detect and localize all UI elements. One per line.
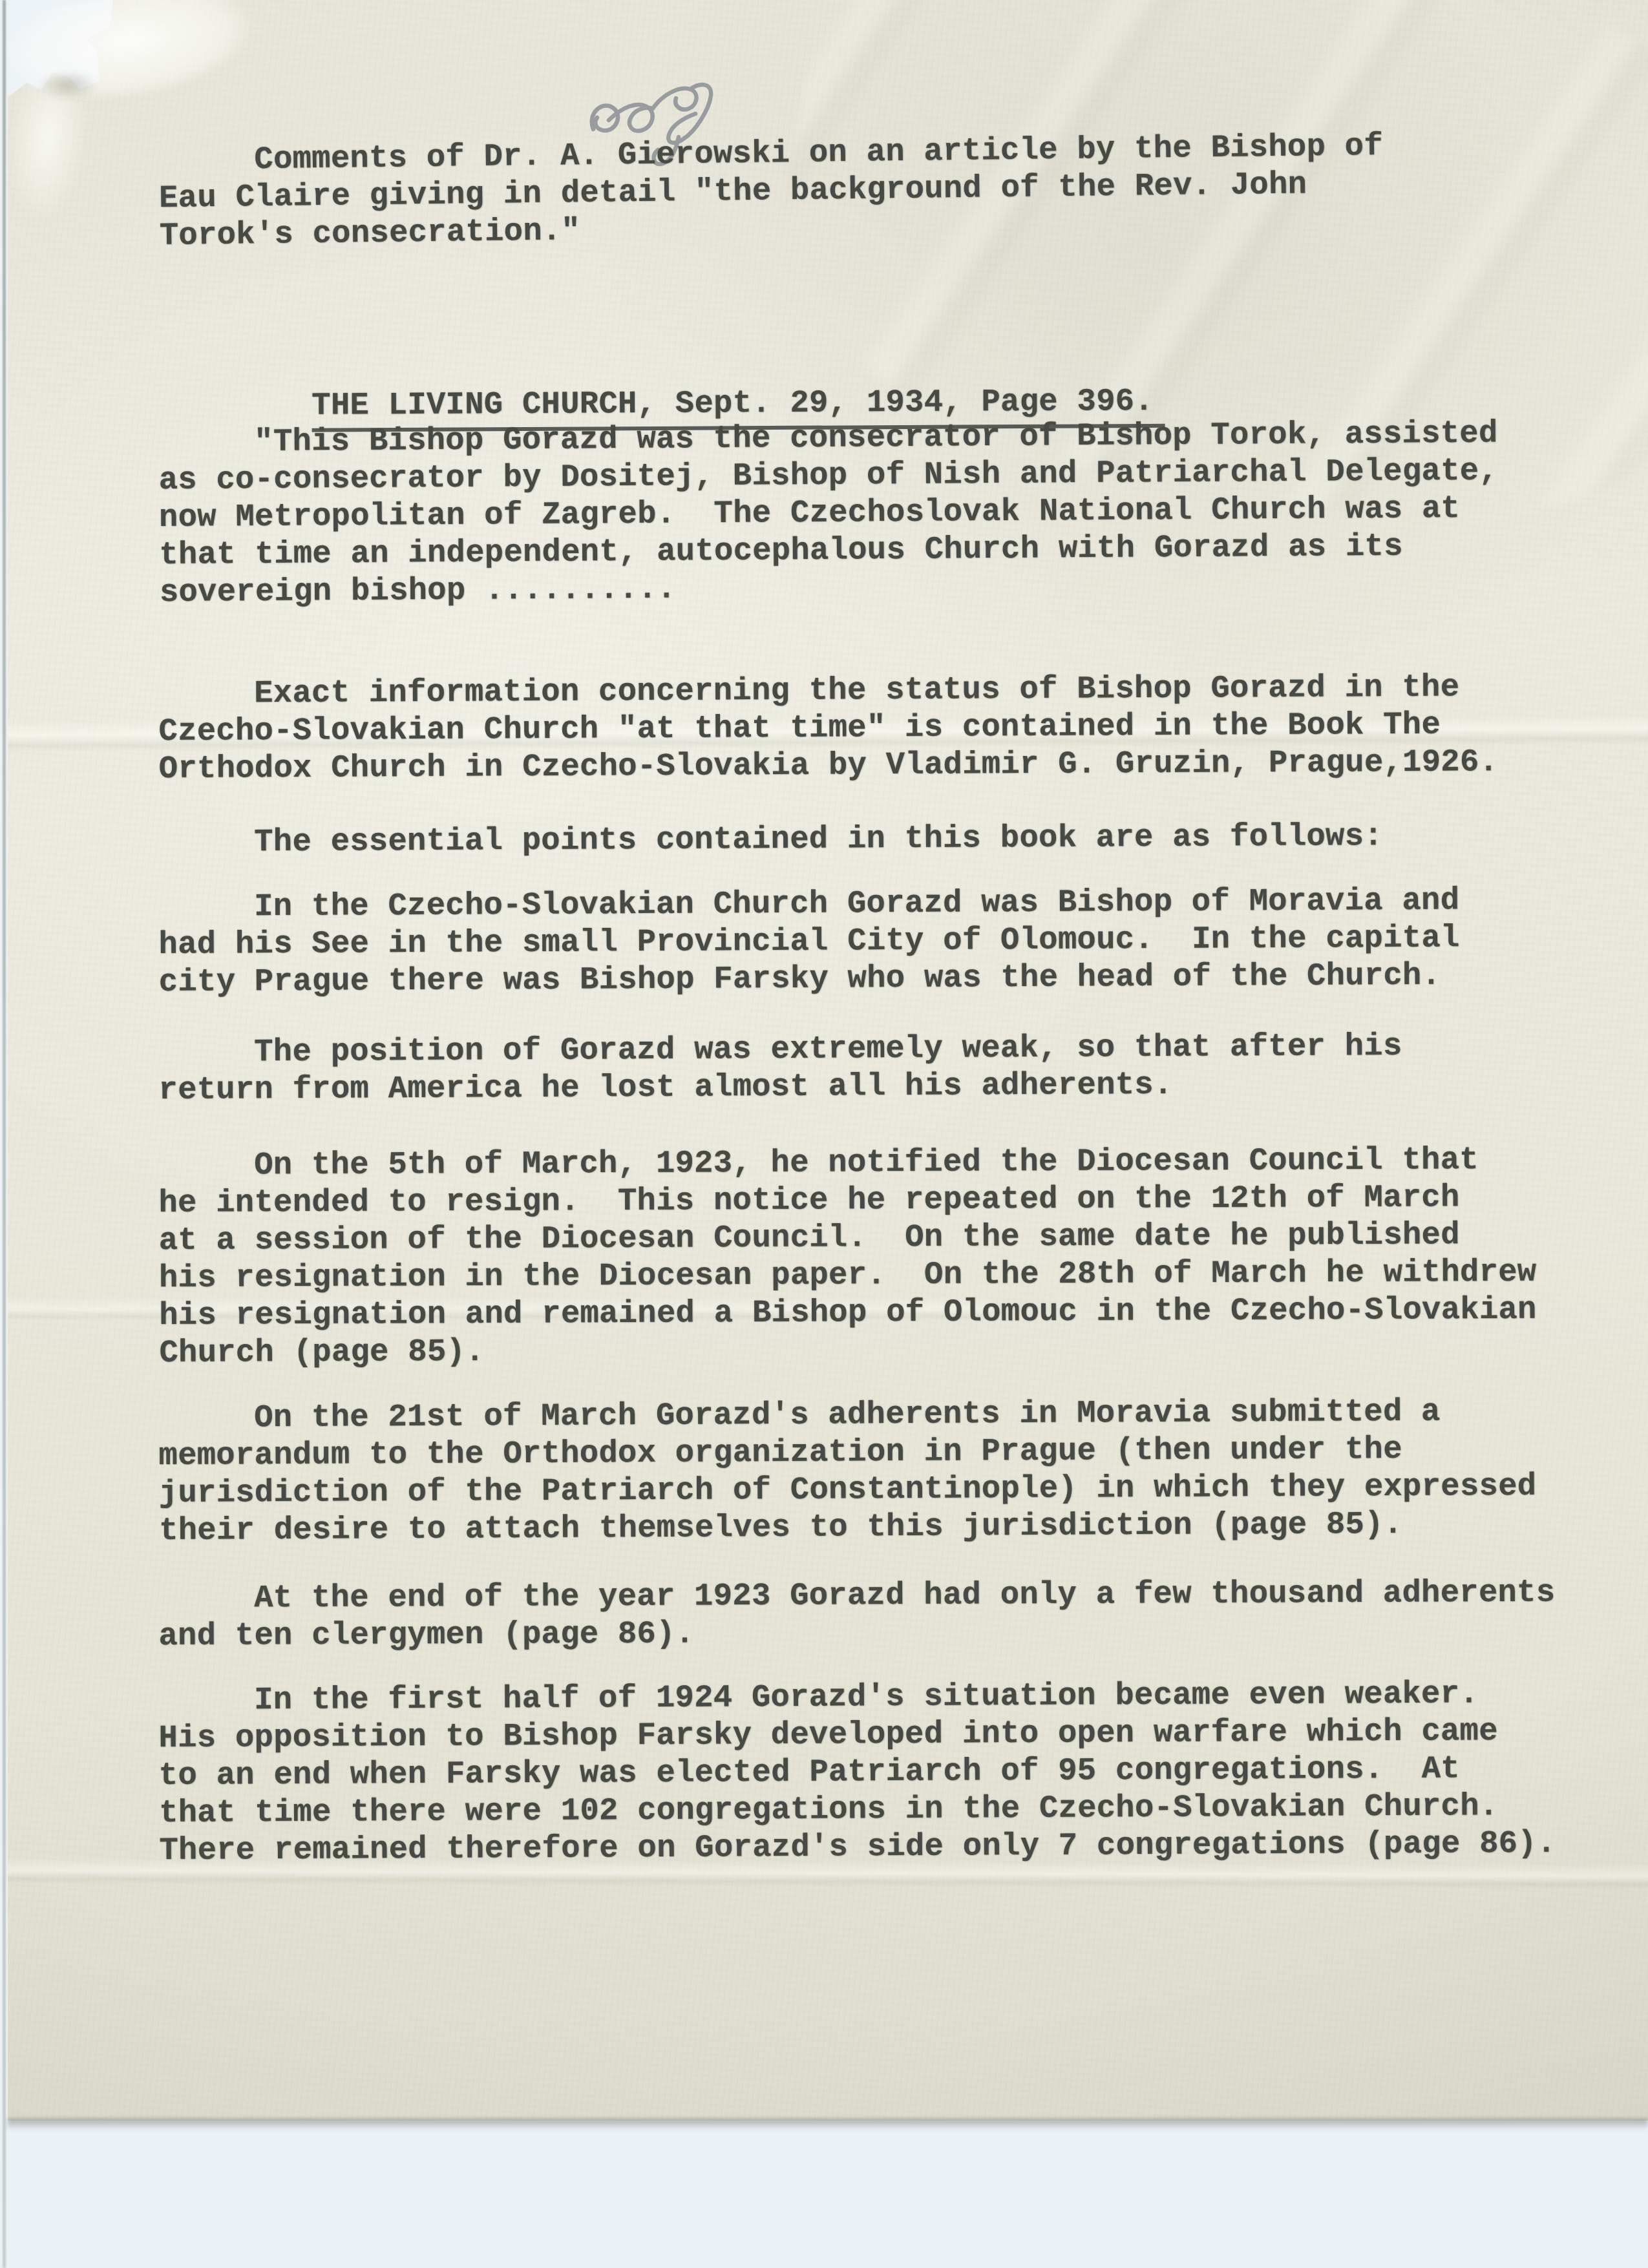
- paragraph-exact-information: Exact information concerning the status …: [158, 668, 1498, 788]
- paragraph-position-weak: The position of Gorazd was extremely wea…: [158, 1027, 1402, 1109]
- paragraph-first-half-1924: In the first half of 1924 Gorazd's situa…: [158, 1675, 1556, 1869]
- paragraph-resignation: On the 5th of March, 1923, he notified t…: [158, 1141, 1537, 1372]
- scanner-edge-line: [3, 0, 6, 2268]
- paper-sheet: Comments of Dr. A. Gierowski on an artic…: [8, 0, 1648, 2121]
- paragraph-end-of-1923: At the end of the year 1923 Gorazd had o…: [158, 1574, 1556, 1655]
- paragraph-bishop-of-moravia: In the Czecho-Slovakian Church Gorazd wa…: [158, 881, 1460, 1001]
- paragraph-memorandum: On the 21st of March Gorazd's adherents …: [158, 1392, 1537, 1549]
- scanned-page: Comments of Dr. A. Gierowski on an artic…: [0, 0, 1648, 2268]
- header-note: Comments of Dr. A. Gierowski on an artic…: [158, 127, 1384, 255]
- paper-bottom-edge-shadow: [8, 2119, 1648, 2130]
- paragraph-essential-points: The essential points contained in this b…: [158, 817, 1383, 861]
- paragraph-quote-gorazd: "This Bishop Gorazd was the consecrator …: [158, 415, 1499, 611]
